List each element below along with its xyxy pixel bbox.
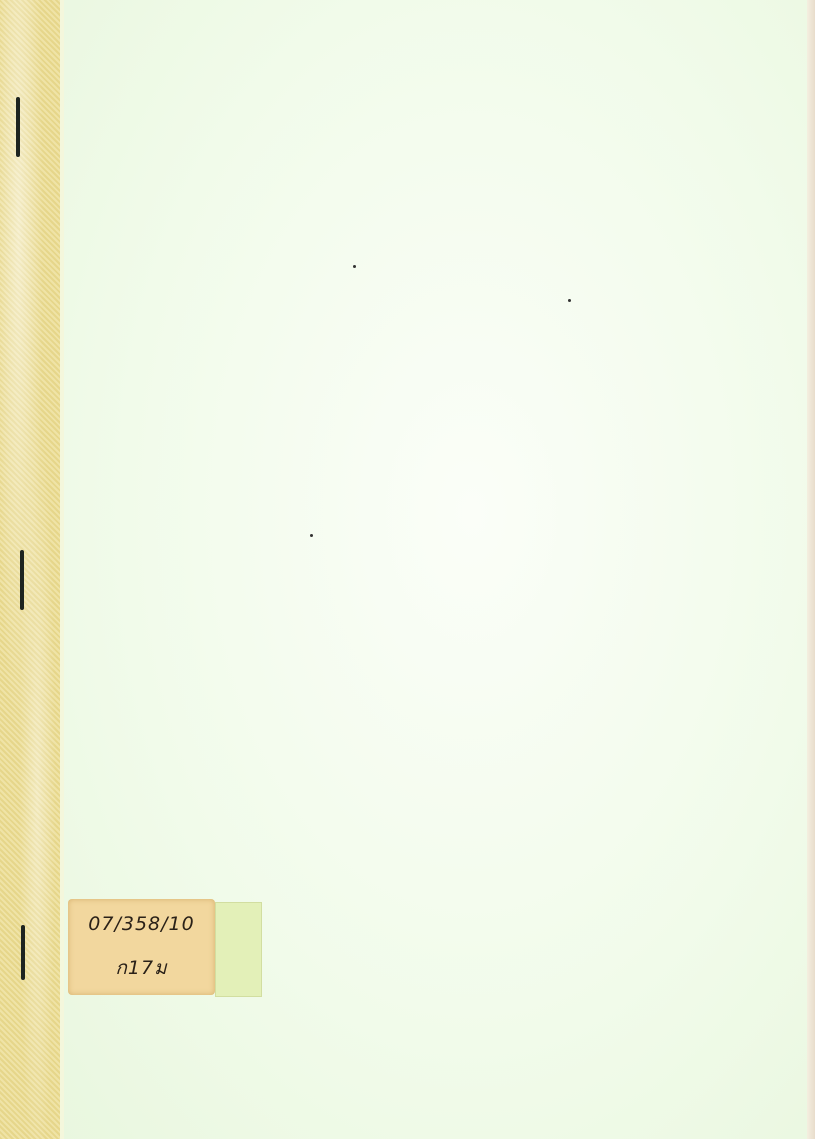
- binding-stitch-middle: [20, 550, 24, 610]
- call-number-line-1: 07/358/10: [68, 913, 215, 935]
- binding-stitch-bottom: [21, 925, 25, 980]
- binding-stitch-top: [16, 97, 20, 157]
- label-tab: [215, 902, 262, 997]
- book-spine: [0, 0, 63, 1139]
- speck: [353, 265, 356, 268]
- call-number-label: 07/358/10 ก17ม: [68, 899, 215, 995]
- speck: [568, 299, 571, 302]
- page-edge: [807, 0, 815, 1139]
- spine-edge: [60, 0, 64, 1139]
- call-number-line-2: ก17ม: [68, 953, 215, 983]
- speck: [310, 534, 313, 537]
